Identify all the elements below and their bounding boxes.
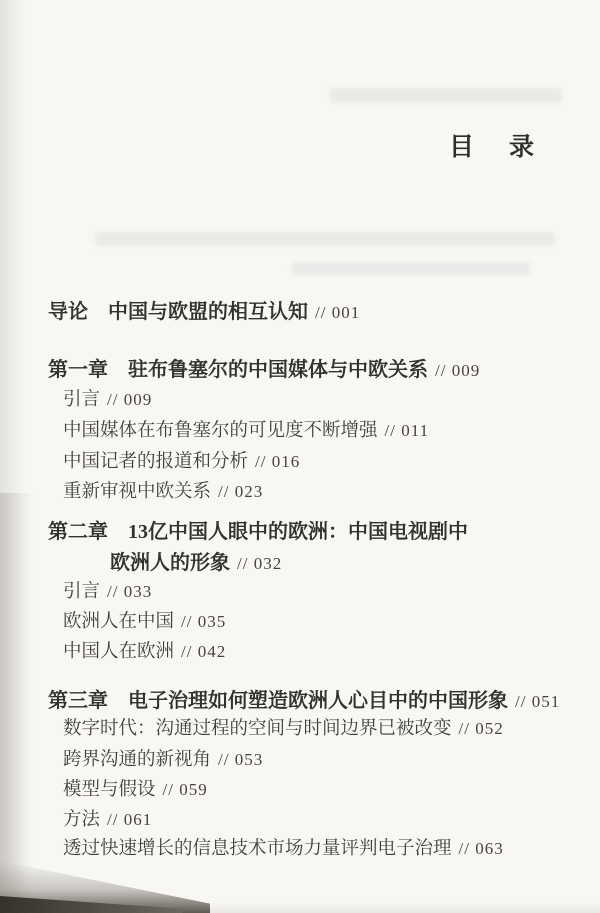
- entry-label: 欧洲人在中国: [63, 612, 174, 632]
- toc-entry: 数字时代：沟通过程的空间与时间边界已被改变// 052: [63, 714, 504, 740]
- entry-page-ref: // 063: [459, 839, 504, 858]
- intro-page-ref: // 001: [315, 303, 360, 322]
- toc-title: 目 录: [449, 127, 539, 163]
- entry-label: 透过快速增长的信息技术市场力量评判电子治理: [63, 839, 452, 859]
- entry-label: 跨界沟通的新视角: [63, 750, 211, 770]
- toc-entry: 中国人在欧洲// 042: [63, 637, 226, 663]
- toc-entry: 透过快速增长的信息技术市场力量评判电子治理// 063: [63, 834, 504, 860]
- entry-label: 中国媒体在布鲁塞尔的可见度不断增强: [63, 421, 378, 441]
- entry-label: 模型与假设: [63, 780, 156, 800]
- chapter3-page-ref: // 051: [515, 692, 560, 711]
- toc-entry: 欧洲人在中国// 035: [63, 607, 226, 633]
- entry-page-ref: // 035: [181, 612, 226, 631]
- chapter2-heading-line1-text: 第二章 13亿中国人眼中的欧洲：中国电视剧中: [48, 521, 468, 543]
- intro-heading-text: 导论 中国与欧盟的相互认知: [48, 301, 308, 323]
- entry-label: 中国记者的报道和分析: [63, 452, 248, 472]
- ink-bleedthrough: [330, 88, 562, 103]
- entry-page-ref: // 033: [107, 582, 152, 601]
- toc-entry: 中国记者的报道和分析// 016: [63, 447, 300, 473]
- toc-entry: 引言// 009: [63, 385, 152, 411]
- toc-entry: 方法// 061: [63, 805, 152, 831]
- toc-entry: 中国媒体在布鲁塞尔的可见度不断增强// 011: [63, 416, 429, 442]
- entry-label: 重新审视中欧关系: [63, 482, 211, 502]
- toc-entry: 重新审视中欧关系// 023: [63, 477, 263, 503]
- entry-label: 数字时代：沟通过程的空间与时间边界已被改变: [63, 719, 452, 739]
- chapter2-heading-line2-text: 欧洲人的形象: [110, 552, 230, 574]
- scanned-book-page: 目 录 导论 中国与欧盟的相互认知// 001 第一章 驻布鲁塞尔的中国媒体与中…: [0, 0, 600, 913]
- entry-label: 引言: [63, 582, 100, 602]
- entry-label: 方法: [63, 810, 100, 830]
- entry-page-ref: // 009: [107, 390, 152, 409]
- entry-page-ref: // 052: [459, 719, 504, 738]
- toc-entry: 跨界沟通的新视角// 053: [63, 745, 263, 771]
- toc-entry: 引言// 033: [63, 577, 152, 603]
- ink-bleedthrough: [95, 232, 555, 246]
- entry-label: 引言: [63, 390, 100, 410]
- entry-page-ref: // 059: [163, 780, 208, 799]
- entry-label: 中国人在欧洲: [63, 642, 174, 662]
- chapter1-page-ref: // 009: [435, 361, 480, 380]
- toc-chapter3-heading: 第三章 电子治理如何塑造欧洲人心目中的中国形象// 051: [48, 684, 560, 713]
- chapter3-heading-text: 第三章 电子治理如何塑造欧洲人心目中的中国形象: [48, 690, 508, 712]
- toc-entry: 模型与假设// 059: [63, 775, 208, 801]
- toc-chapter2-heading-line1: 第二章 13亿中国人眼中的欧洲：中国电视剧中: [48, 515, 468, 544]
- entry-page-ref: // 042: [181, 642, 226, 661]
- page-left-edge-shadow-lower: [0, 493, 34, 913]
- entry-page-ref: // 053: [218, 750, 263, 769]
- ink-bleedthrough: [292, 262, 530, 275]
- entry-page-ref: // 011: [385, 421, 430, 440]
- toc-chapter1-heading: 第一章 驻布鲁塞尔的中国媒体与中欧关系// 009: [48, 353, 480, 382]
- chapter2-page-ref: // 032: [237, 554, 282, 573]
- entry-page-ref: // 061: [107, 810, 152, 829]
- entry-page-ref: // 016: [255, 452, 300, 471]
- entry-page-ref: // 023: [218, 482, 263, 501]
- toc-intro-heading: 导论 中国与欧盟的相互认知// 001: [48, 295, 360, 324]
- page-left-edge-shadow: [0, 0, 26, 913]
- toc-chapter2-heading-line2: 欧洲人的形象// 032: [110, 546, 282, 575]
- chapter1-heading-text: 第一章 驻布鲁塞尔的中国媒体与中欧关系: [48, 359, 428, 381]
